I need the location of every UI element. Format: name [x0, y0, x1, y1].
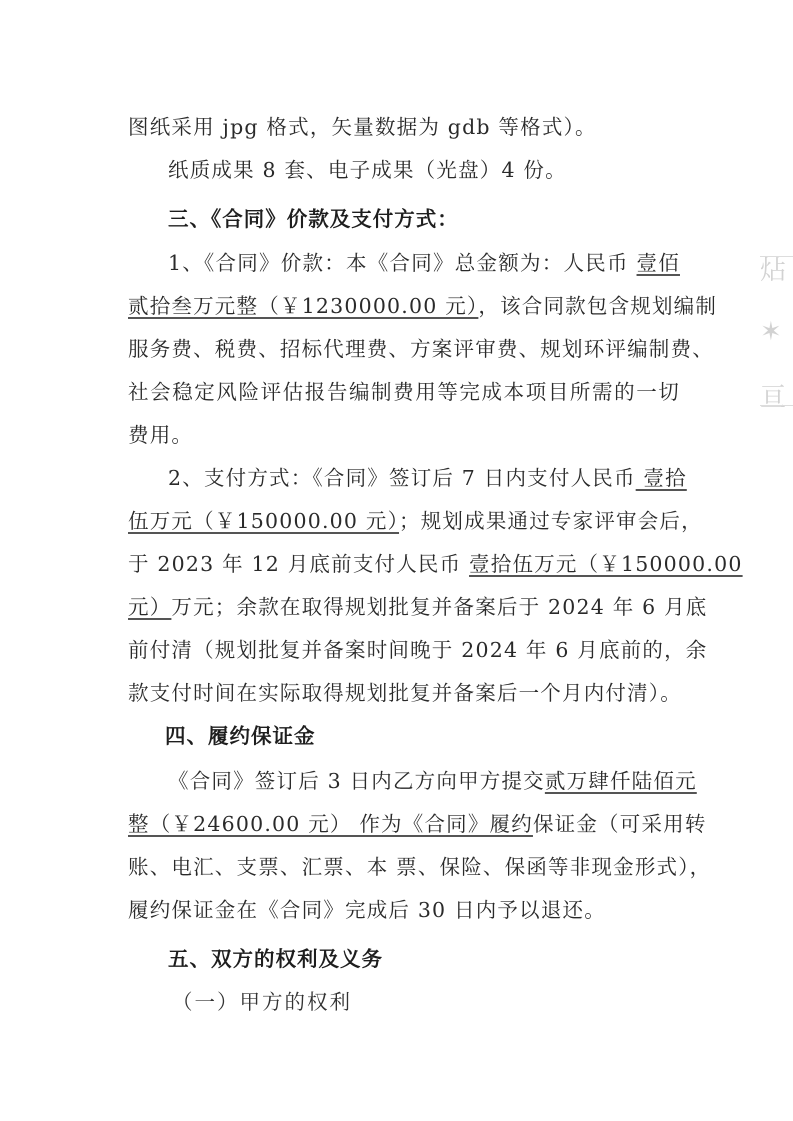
document-page: 图纸采用 jpg 格式，矢量数据为 gdb 等格式）。 纸质成果 8 套、电子成…: [0, 0, 793, 1121]
paragraph-line: 伍万元（￥150000.00 元）；规划成果通过专家评审会后，: [128, 507, 680, 535]
paragraph-line: 履约保证金在《合同》完成后 30 日内予以退还。: [128, 896, 680, 924]
paragraph-line: 服务费、税费、招标代理费、方案评审费、规划环评编制费、: [128, 335, 680, 363]
text-segment: 《合同》签订后 3 日内乙方向甲方提交: [168, 769, 545, 793]
paragraph-line: 贰拾叁万元整（￥1230000.00 元），该合同款包含规划编制: [128, 292, 680, 320]
text-segment: ，该合同款包含规划编制: [478, 294, 717, 318]
paragraph-line: 前付清（规划批复并备案时间晚于 2024 年 6 月底前的，余: [128, 636, 680, 664]
underlined-amount: 整（￥24600.00 元） 作为《合同》履约: [128, 812, 533, 836]
text-segment: 万元；余款在取得规划批复并备案后于 2024 年 6 月底: [171, 595, 707, 619]
underlined-amount: 壹佰: [637, 251, 680, 275]
star-icon: ✶: [760, 317, 782, 347]
stamp-edge-bottom: [760, 405, 793, 406]
text-segment: 于 2023 年 12 月底前支付人民币: [128, 552, 469, 576]
section-heading-5: 五、双方的权利及义务: [168, 945, 383, 973]
paragraph-line: 元）万元；余款在取得规划批复并备案后于 2024 年 6 月底: [128, 593, 680, 621]
paragraph-line: 纸质成果 8 套、电子成果（光盘）4 份。: [168, 156, 680, 184]
text-segment: 2、支付方式：《合同》签订后 7 日内支付人民币: [168, 466, 636, 490]
paragraph-line: 款支付时间在实际取得规划批复并备案后一个月内付清）。: [128, 679, 680, 707]
text-segment: ；规划成果通过专家评审会后，: [399, 509, 703, 533]
stamp-char: 亘: [760, 377, 786, 414]
stamp-char: 炶: [760, 250, 786, 287]
section-heading-4: 四、履约保证金: [165, 722, 316, 750]
underlined-amount: 元）: [128, 595, 171, 619]
paragraph-line: 《合同》签订后 3 日内乙方向甲方提交贰万肆仟陆佰元: [168, 767, 680, 795]
paragraph-line: 图纸采用 jpg 格式，矢量数据为 gdb 等格式）。: [128, 113, 680, 141]
text-segment: 保证金（可采用转: [533, 812, 707, 836]
paragraph-line: 1、《合同》价款：本《合同》总金额为：人民币 壹佰: [168, 249, 680, 277]
paragraph-line: 于 2023 年 12 月底前支付人民币 壹拾伍万元（￥150000.00: [128, 550, 680, 578]
underlined-amount: 贰拾叁万元整（￥1230000.00 元）: [128, 294, 478, 318]
paragraph-line: 账、电汇、支票、汇票、本 票、保险、保函等非现金形式），: [128, 853, 680, 881]
underlined-amount: 伍万元（￥150000.00 元）: [128, 509, 399, 533]
paragraph-line: 2、支付方式：《合同》签订后 7 日内支付人民币 壹拾: [168, 464, 680, 492]
subsection-heading: （一）甲方的权利: [172, 988, 352, 1016]
paragraph-line: 费用。: [128, 421, 680, 449]
underlined-amount: 壹拾: [636, 466, 687, 490]
paragraph-line: 社会稳定风险评估报告编制费用等完成本项目所需的一切: [128, 378, 680, 406]
text-segment: 1、《合同》价款：本《合同》总金额为：人民币: [168, 251, 637, 275]
paragraph-line: 整（￥24600.00 元） 作为《合同》履约保证金（可采用转: [128, 810, 680, 838]
section-heading-3: 三、《合同》价款及支付方式：: [168, 205, 459, 233]
seal-stamp-edge: 炶 ✶ 亘: [760, 250, 793, 410]
underlined-amount: 贰万肆仟陆佰元: [545, 769, 697, 793]
underlined-amount: 壹拾伍万元（￥150000.00: [469, 552, 743, 576]
